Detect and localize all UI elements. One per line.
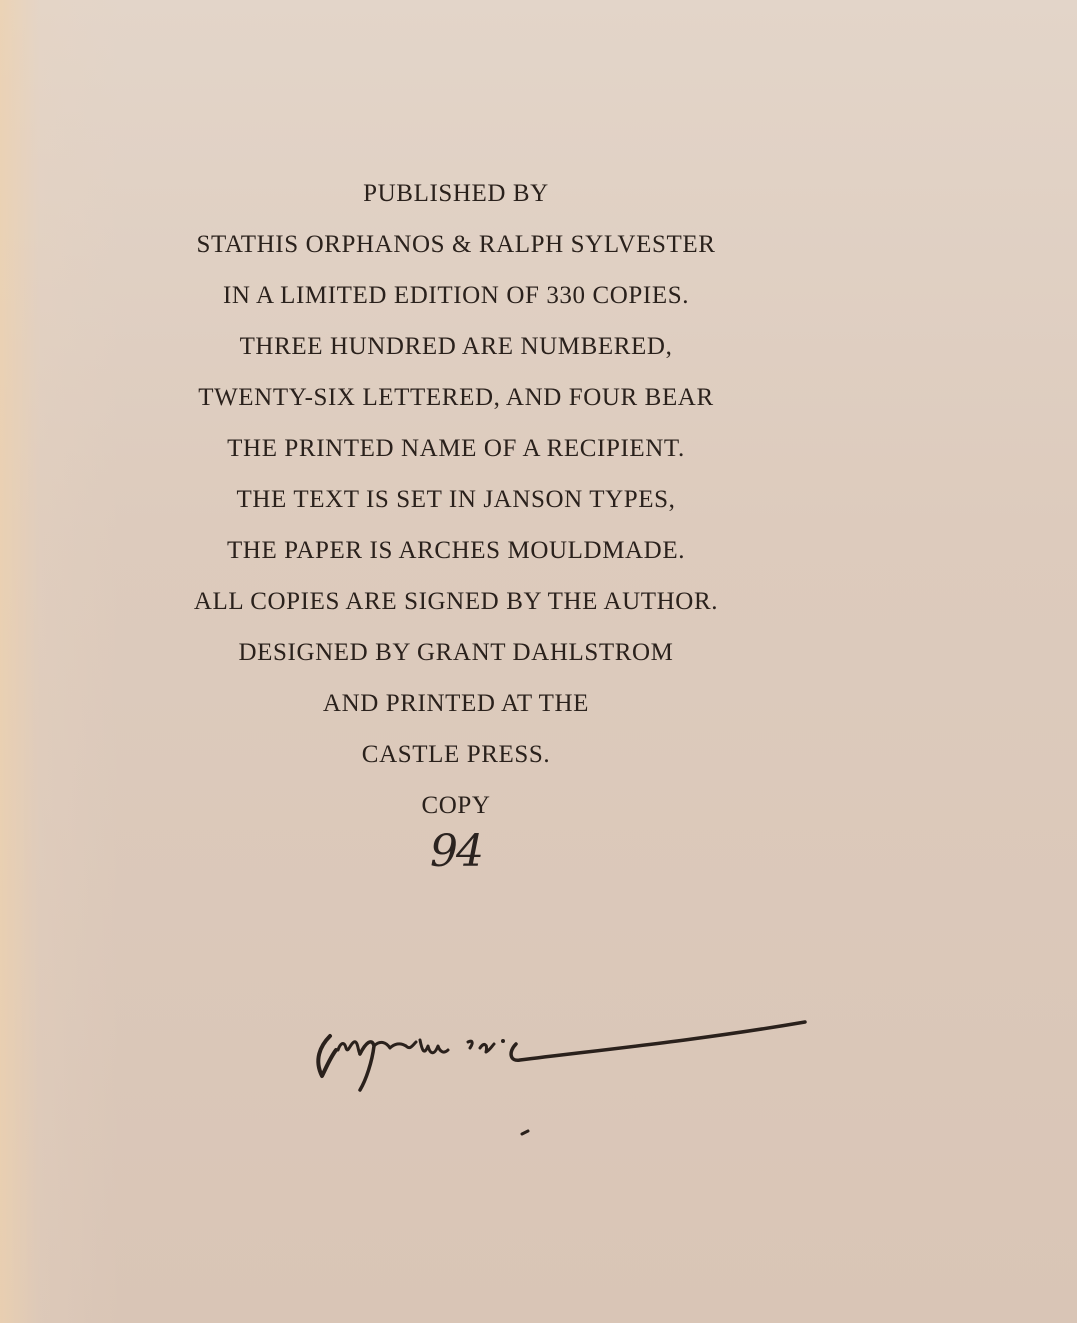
colophon-line-published-by: PUBLISHED BY <box>0 174 912 226</box>
colophon-line-paper: THE PAPER IS ARCHES MOULDMADE. <box>0 531 912 583</box>
colophon-line-press: CASTLE PRESS. <box>0 735 912 787</box>
colophon-line-publishers: STATHIS ORPHANOS & RALPH SYLVESTER <box>0 225 912 277</box>
book-page: PUBLISHED BY STATHIS ORPHANOS & RALPH SY… <box>0 0 1077 1323</box>
colophon-line-recipient: THE PRINTED NAME OF A RECIPIENT. <box>0 429 912 481</box>
colophon-line-designer: DESIGNED BY GRANT DAHLSTROM <box>0 633 912 685</box>
colophon: PUBLISHED BY STATHIS ORPHANOS & RALPH SY… <box>0 175 912 874</box>
colophon-line-printed-at: AND PRINTED AT THE <box>0 684 912 736</box>
colophon-line-signed: ALL COPIES ARE SIGNED BY THE AUTHOR. <box>0 582 912 634</box>
colophon-line-lettered: TWENTY-SIX LETTERED, AND FOUR BEAR <box>0 378 912 430</box>
author-signature <box>300 1010 830 1150</box>
colophon-line-edition: IN A LIMITED EDITION OF 330 COPIES. <box>0 276 912 328</box>
colophon-line-copy: COPY <box>0 786 912 838</box>
colophon-line-types: THE TEXT IS SET IN JANSON TYPES, <box>0 480 912 532</box>
colophon-line-numbered: THREE HUNDRED ARE NUMBERED, <box>0 327 912 379</box>
